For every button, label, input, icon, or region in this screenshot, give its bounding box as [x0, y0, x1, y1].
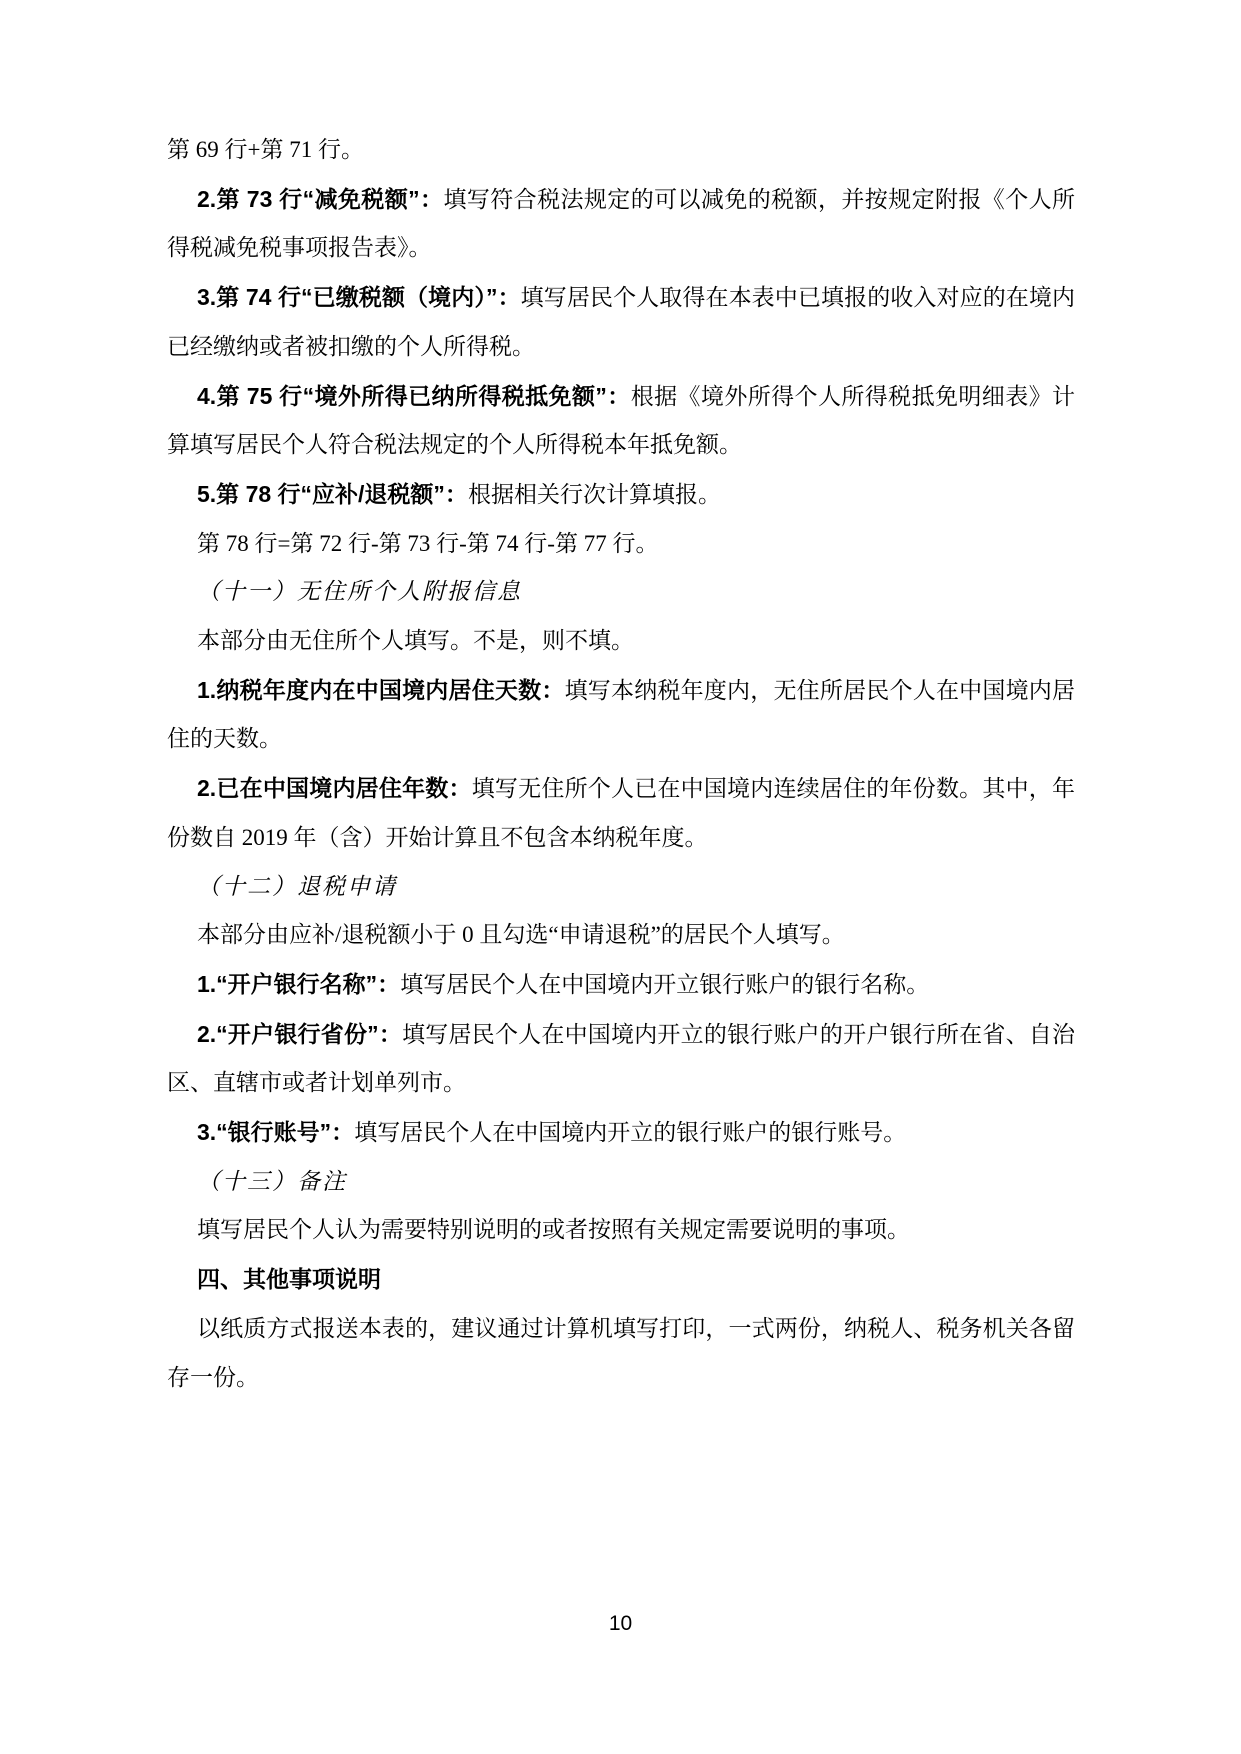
paragraph: 本部分由无住所个人填写。不是，则不填。 — [167, 617, 1075, 666]
paragraph: 3.“银行账号”：填写居民个人在中国境内开立的银行账户的银行账号。 — [167, 1108, 1075, 1158]
text-run: 填写居民个人在中国境内开立的银行账户的银行账号。 — [354, 1120, 906, 1145]
document-body: 第 69 行+第 71 行。2.第 73 行“减免税额”：填写符合税法规定的可以… — [167, 126, 1075, 1402]
paragraph: （十一）无住所个人附报信息 — [167, 568, 1075, 617]
text-run: 4.第 75 行“境外所得已纳所得税抵免额”： — [197, 383, 631, 409]
paragraph: 2.“开户银行省份”：填写居民个人在中国境内开立的银行账户的开户银行所在省、自治… — [167, 1010, 1075, 1108]
text-run: 本部分由应补/退税额小于 0 且勾选“申请退税”的居民个人填写。 — [197, 922, 845, 947]
text-run: 3.“银行账号”： — [197, 1119, 354, 1145]
text-run: 2.“开户银行省份”： — [197, 1021, 402, 1047]
paragraph: 3.第 74 行“已缴税额（境内）”：填写居民个人取得在本表中已填报的收入对应的… — [167, 273, 1075, 371]
text-run: 填写居民个人在中国境内开立银行账户的银行名称。 — [400, 972, 929, 997]
paragraph: 2.已在中国境内居住年数：填写无住所个人已在中国境内连续居住的年份数。其中，年份… — [167, 764, 1075, 862]
paragraph: 第 69 行+第 71 行。 — [167, 126, 1075, 175]
text-run: 根据相关行次计算填报。 — [468, 482, 721, 507]
text-run: 本部分由无住所个人填写。不是，则不填。 — [197, 628, 634, 653]
text-run: 3.第 74 行“已缴税额（境内）”： — [197, 284, 521, 310]
text-run: 第 69 行+第 71 行。 — [167, 137, 364, 162]
paragraph: （十三）备注 — [167, 1158, 1075, 1207]
paragraph: 以纸质方式报送本表的，建议通过计算机填写打印，一式两份，纳税人、税务机关各留存一… — [167, 1305, 1075, 1402]
paragraph: 填写居民个人认为需要特别说明的或者按照有关规定需要说明的事项。 — [167, 1206, 1075, 1255]
text-run: 填写居民个人认为需要特别说明的或者按照有关规定需要说明的事项。 — [197, 1217, 910, 1242]
document-page: 第 69 行+第 71 行。2.第 73 行“减免税额”：填写符合税法规定的可以… — [0, 0, 1241, 1754]
text-run: （十二）退税申请 — [197, 874, 397, 899]
text-run: 5.第 78 行“应补/退税额”： — [197, 481, 468, 507]
text-run: 四、其他事项说明 — [197, 1266, 381, 1292]
paragraph: 2.第 73 行“减免税额”：填写符合税法规定的可以减免的税额，并按规定附报《个… — [167, 175, 1075, 273]
text-run: （十一）无住所个人附报信息 — [197, 579, 522, 604]
paragraph: 1.“开户银行名称”：填写居民个人在中国境内开立银行账户的银行名称。 — [167, 960, 1075, 1010]
text-run: 1.“开户银行名称”： — [197, 971, 400, 997]
paragraph: 四、其他事项说明 — [167, 1255, 1075, 1305]
text-run: （十三）备注 — [197, 1169, 347, 1194]
paragraph: 本部分由应补/退税额小于 0 且勾选“申请退税”的居民个人填写。 — [167, 911, 1075, 960]
text-run: 以纸质方式报送本表的，建议通过计算机填写打印，一式两份，纳税人、税务机关各留存一… — [167, 1316, 1075, 1390]
paragraph: 1.纳税年度内在中国境内居住天数：填写本纳税年度内，无住所居民个人在中国境内居住… — [167, 666, 1075, 764]
text-run: 1.纳税年度内在中国境内居住天数： — [197, 677, 565, 703]
text-run: 第 78 行=第 72 行-第 73 行-第 74 行-第 77 行。 — [197, 531, 658, 556]
paragraph: （十二）退税申请 — [167, 863, 1075, 912]
paragraph: 4.第 75 行“境外所得已纳所得税抵免额”：根据《境外所得个人所得税抵免明细表… — [167, 372, 1075, 470]
paragraph: 第 78 行=第 72 行-第 73 行-第 74 行-第 77 行。 — [167, 520, 1075, 569]
text-run: 2.第 73 行“减免税额”： — [197, 186, 443, 212]
paragraph: 5.第 78 行“应补/退税额”：根据相关行次计算填报。 — [167, 470, 1075, 520]
page-number: 10 — [0, 1612, 1241, 1636]
text-run: 2.已在中国境内居住年数： — [197, 775, 472, 801]
